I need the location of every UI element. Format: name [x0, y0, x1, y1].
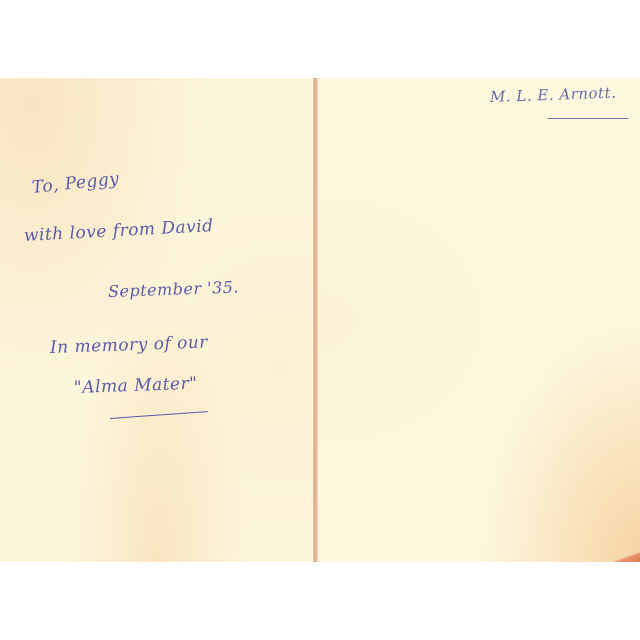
inscription-line-to: To, Peggy — [31, 169, 120, 198]
inscription-line-memory: In memory of our — [50, 332, 209, 358]
inscription-line-alma-mater: "Alma Mater" — [74, 374, 198, 398]
inscription-line-from: with love from David — [23, 216, 214, 246]
owner-signature: M. L. E. Arnott. — [490, 84, 617, 106]
signature-underline — [548, 118, 628, 119]
left-page: To, Peggy with love from David September… — [0, 78, 314, 562]
open-book: To, Peggy with love from David September… — [0, 78, 640, 562]
inscription-underline — [110, 411, 208, 419]
inscription-line-date: September '35. — [108, 277, 240, 301]
right-page: M. L. E. Arnott. — [318, 78, 640, 562]
page-corner-stain — [614, 552, 640, 562]
